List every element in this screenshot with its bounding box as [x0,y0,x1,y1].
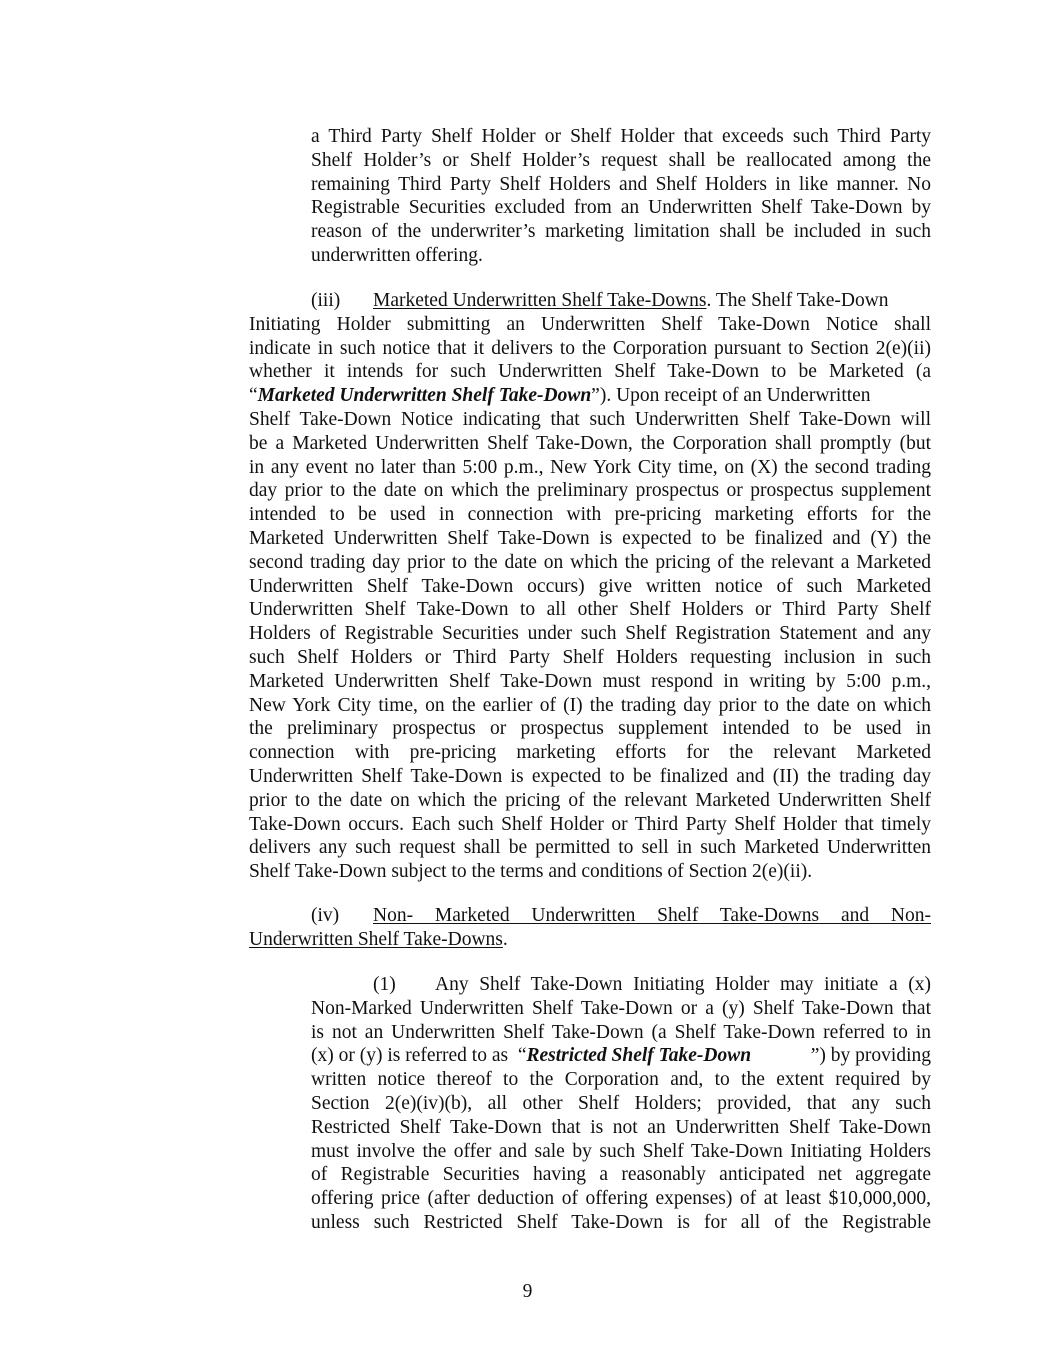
text-line: Registrable Securities excluded from an … [311,196,931,220]
text-line: unless such Restricted Shelf Take-Down i… [311,1211,931,1235]
text-line: Underwritten Shelf Take-Down is expected… [249,765,931,789]
text-line: Shelf Take-Down subject to the terms and… [249,860,931,884]
text-line: whether it intends for such Underwritten… [249,360,931,384]
section-number: (iii) [311,289,373,313]
text-line: Initiating Holder submitting an Underwri… [249,313,931,337]
subsection-1-paragraph: (1) Any Shelf Take-Down Initiating Holde… [311,973,931,1235]
section-heading: Marketed Underwritten Shelf Take-Downs [373,290,706,311]
defined-term: Marketed Underwritten Shelf Take-Down [258,385,592,406]
defined-term-line: “Marketed Underwritten Shelf Take-Down”)… [249,384,931,408]
text-line: Restricted Shelf Take-Down that is not a… [311,1116,931,1140]
text-fragment: ”). Upon receipt of an Underwritten [591,385,870,406]
text-line: delivers any such request shall be permi… [249,836,931,860]
text-line: second trading day prior to the date on … [249,551,931,575]
text-line: Underwritten Shelf Take-Down to all othe… [249,598,931,622]
text-line: Marketed Underwritten Shelf Take-Down mu… [249,670,931,694]
text-line: must involve the offer and sale by such … [311,1140,931,1164]
section-iii-first-line: (iii) Marketed Underwritten Shelf Take-D… [249,289,931,313]
text-line: Underwritten Shelf Take-Down occurs) giv… [249,575,931,599]
subsection-number: (1) [373,973,435,997]
text-line: is not an Underwritten Shelf Take-Down (… [311,1021,931,1045]
text-line: the preliminary prospectus or prospectus… [249,717,931,741]
section-heading-line2: Underwritten Shelf Take-Downs [249,929,503,950]
text-line: in any event no later than 5:00 p.m., Ne… [249,456,931,480]
text-line: connection with pre-pricing marketing ef… [249,741,931,765]
section-number: (iv) [311,904,373,928]
subsection-1-first-line: (1) Any Shelf Take-Down Initiating Holde… [311,973,931,997]
defined-term-line: (x) or (y) is referred to as “ Restricte… [311,1044,931,1068]
text-line: intended to be used in connection with p… [249,503,931,527]
text-line: New York City time, on the earlier of (I… [249,694,931,718]
text-line: Shelf Take-Down Notice indicating that s… [249,408,931,432]
text-fragment: Any Shelf Take-Down Initiating Holder ma… [435,973,931,997]
document-page: a Third Party Shelf Holder or Shelf Hold… [0,0,1055,1365]
text-line: offering price (after deduction of offer… [311,1187,931,1211]
section-iv-heading: (iv) Non- Marketed Underwritten Shelf Ta… [249,904,931,952]
text-line: a Third Party Shelf Holder or Shelf Hold… [311,125,931,149]
text-line: Shelf Holder’s or Shelf Holder’s request… [311,149,931,173]
text-line: day prior to the date on which the preli… [249,479,931,503]
text-line: be a Marketed Underwritten Shelf Take-Do… [249,432,931,456]
text-line: remaining Third Party Shelf Holders and … [311,173,931,197]
text-fragment: (x) or (y) is referred to as “ [311,1044,526,1068]
text-fragment: . The Shelf Take-Down [706,290,888,311]
text-line: of Registrable Securities having a reaso… [311,1163,931,1187]
defined-term: Restricted Shelf Take-Down [526,1044,751,1068]
text-line: Marketed Underwritten Shelf Take-Down is… [249,527,931,551]
text-line: Take-Down occurs. Each such Shelf Holder… [249,813,931,837]
text-line: indicate in such notice that it delivers… [249,337,931,361]
section-heading-line1: Non- Marketed Underwritten Shelf Take-Do… [373,904,931,928]
page-number: 9 [0,1280,1055,1303]
continuation-paragraph: a Third Party Shelf Holder or Shelf Hold… [311,125,931,268]
text-line: prior to the date on which the pricing o… [249,789,931,813]
text-line: such Shelf Holders or Third Party Shelf … [249,646,931,670]
section-iii-paragraph: (iii) Marketed Underwritten Shelf Take-D… [249,289,931,884]
section-iv-second-line: Underwritten Shelf Take-Downs. [249,928,931,952]
text-line: Section 2(e)(iv)(b), all other Shelf Hol… [311,1092,931,1116]
text-line: underwritten offering. [311,244,931,268]
text-fragment: . [503,929,508,950]
text-line: Holders of Registrable Securities under … [249,622,931,646]
text-line: Non-Marked Underwritten Shelf Take-Down … [311,997,931,1021]
text-line: written notice thereof to the Corporatio… [311,1068,931,1092]
text-line: reason of the underwriter’s marketing li… [311,220,931,244]
text-fragment: ”) by providing [811,1044,931,1068]
quote-mark: “ [249,385,258,406]
section-iv-first-line: (iv) Non- Marketed Underwritten Shelf Ta… [249,904,931,928]
